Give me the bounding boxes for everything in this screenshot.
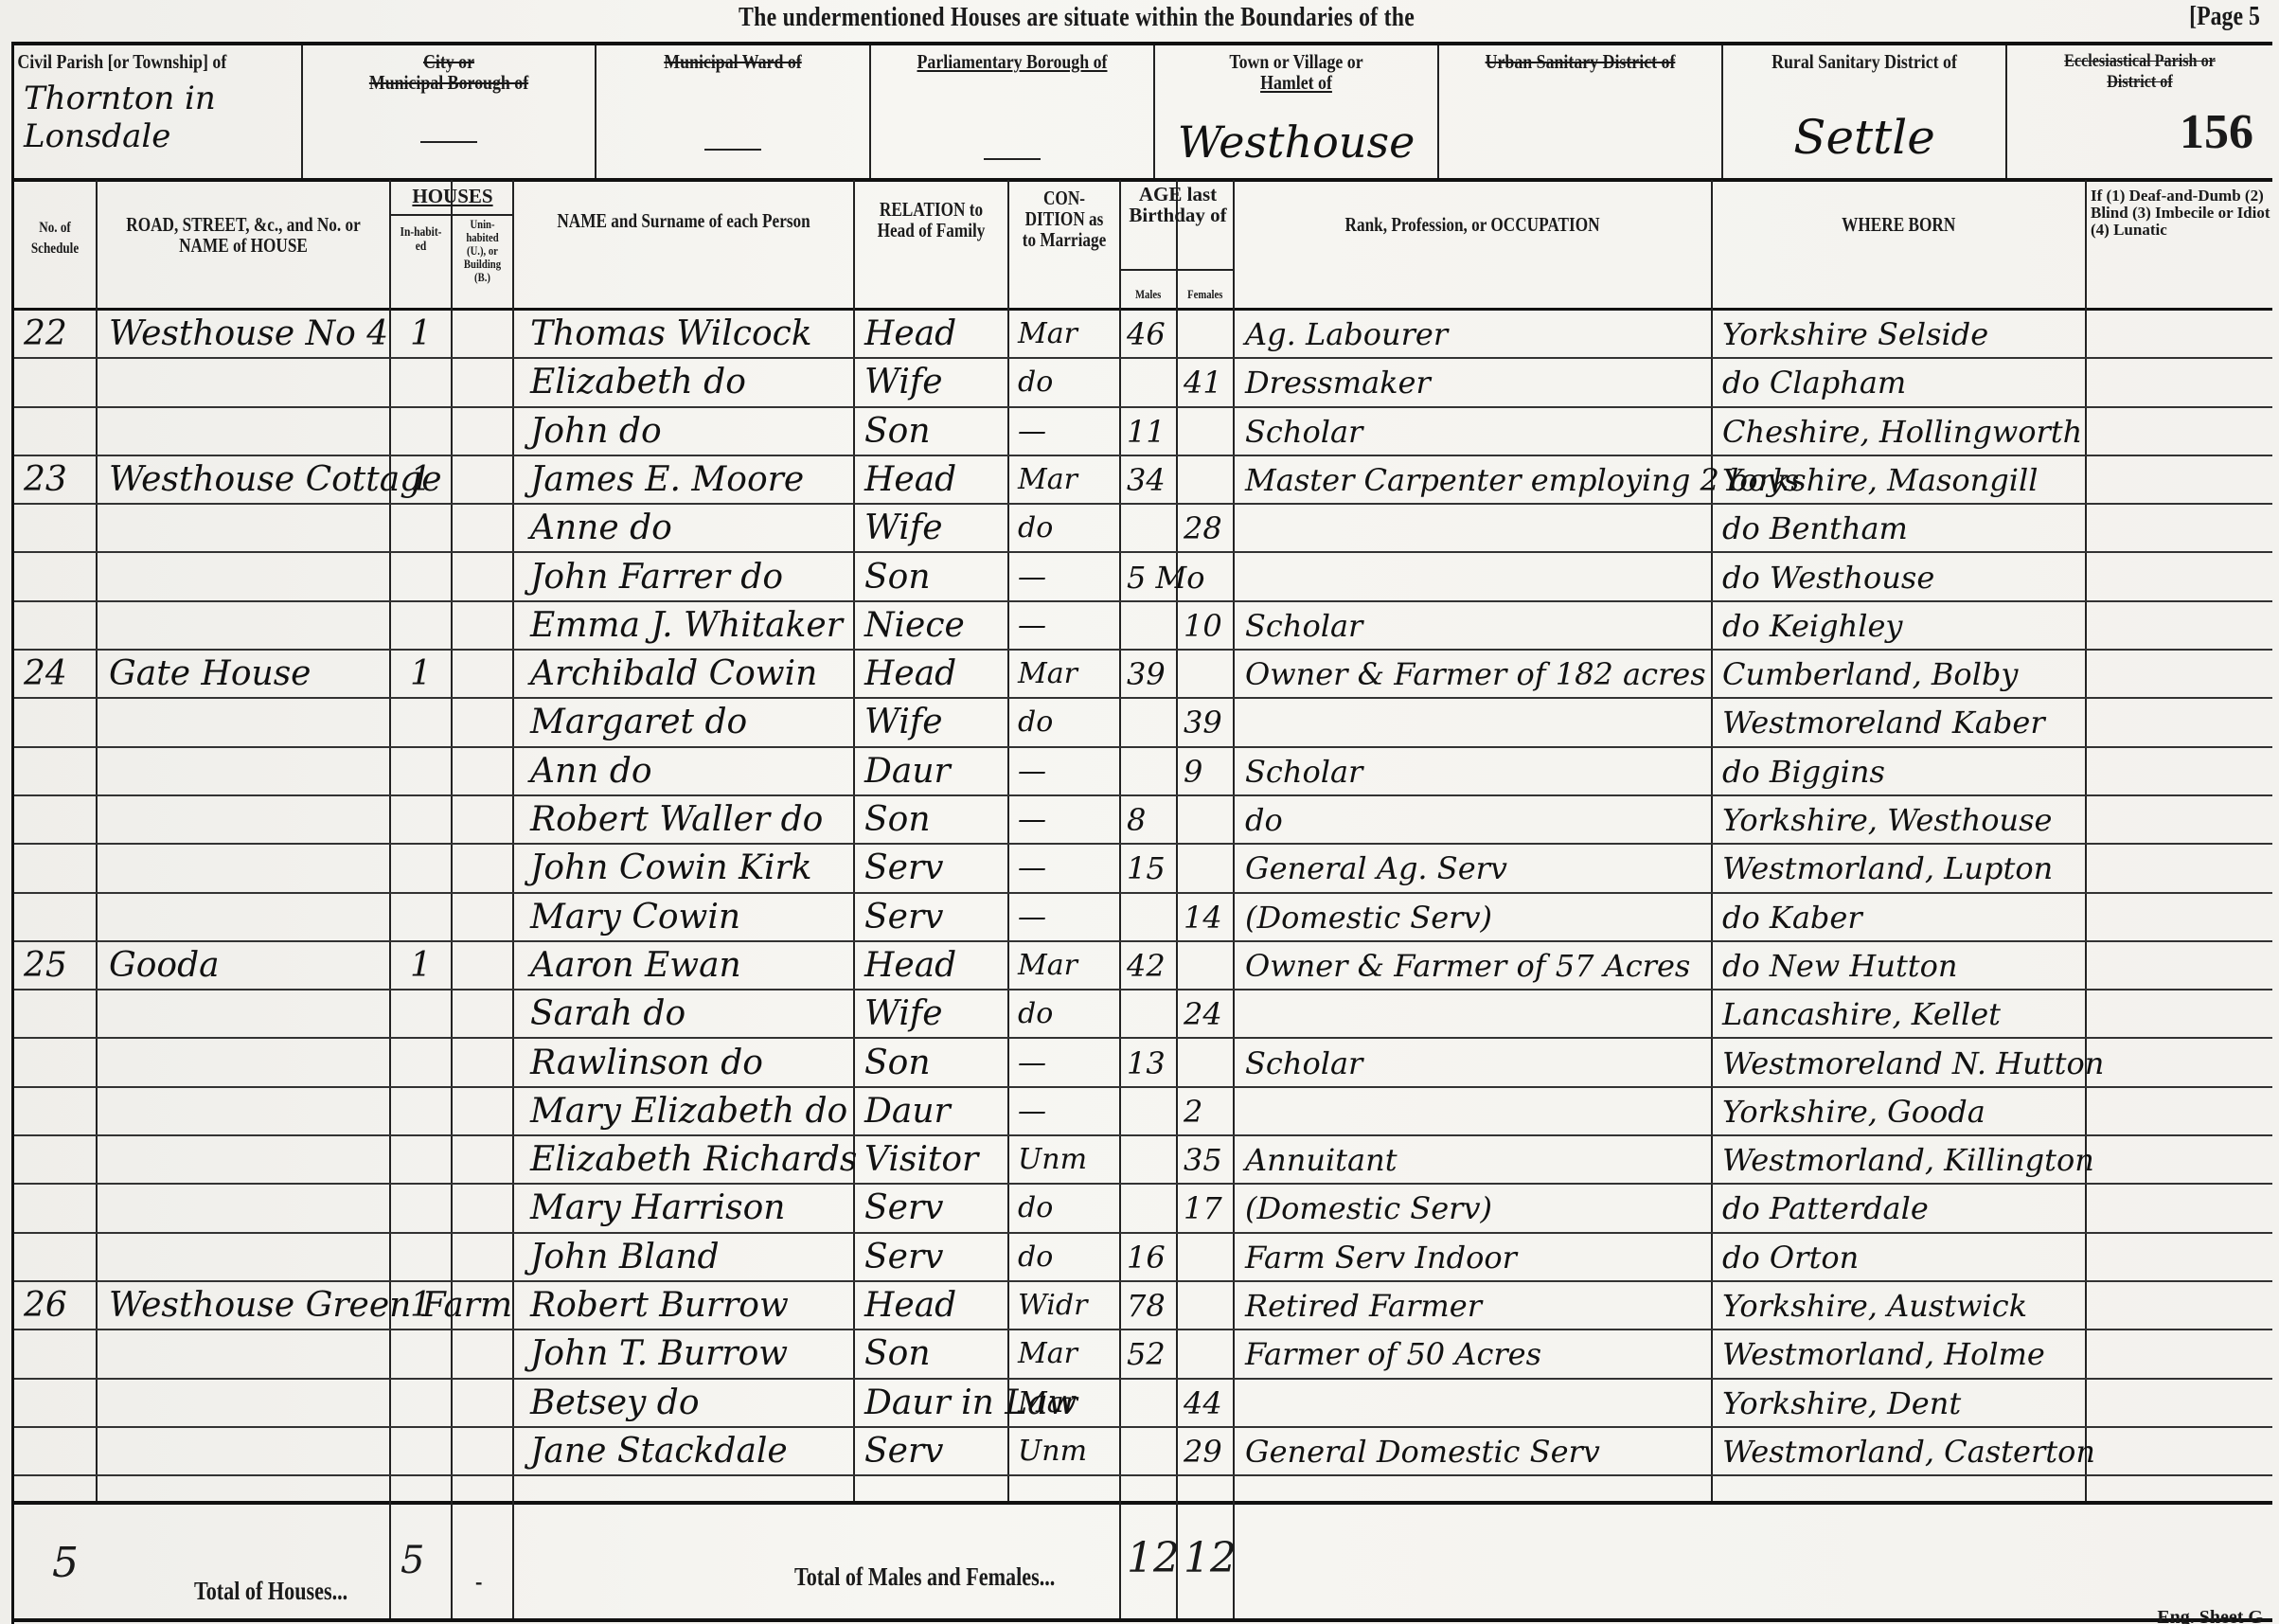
occupation: General Ag. Serv xyxy=(1245,845,1507,892)
schedule-number: 23 xyxy=(24,456,67,504)
table-row: Emma J. WhitakerNiece—10Scholardo Keighl… xyxy=(14,602,2272,651)
marital-condition: Mar xyxy=(1018,456,1077,504)
birthplace: do Biggins xyxy=(1722,748,1885,795)
occupation: (Domestic Serv) xyxy=(1245,1185,1492,1232)
birthplace: Yorkshire, Dent xyxy=(1722,1380,1961,1427)
relation: Niece xyxy=(864,602,965,650)
inhabited-count: 1 xyxy=(410,1282,432,1330)
urban-sanitary-label: Urban Sanitary District of xyxy=(1460,45,1700,72)
relation: Wife xyxy=(864,505,943,552)
person-name: James E. Moore xyxy=(530,456,804,504)
address: Westhouse Cottage xyxy=(109,456,442,504)
birthplace: Yorkshire, Austwick xyxy=(1722,1282,2027,1330)
person-name: John Cowin Kirk xyxy=(530,845,812,892)
census-page: The undermentioned Houses are situate wi… xyxy=(0,0,2279,1624)
birthplace: Cheshire, Hollingworth xyxy=(1722,408,2082,455)
age-male: 15 xyxy=(1127,845,1166,892)
person-name: Sarah do xyxy=(530,990,685,1038)
person-name: Mary Cowin xyxy=(530,894,740,941)
person-name: Jane Stackdale xyxy=(530,1428,788,1475)
occupation: do xyxy=(1245,796,1283,844)
hamlet-label: Hamlet of xyxy=(1176,72,1415,93)
occupation: Scholar xyxy=(1245,1040,1362,1087)
age-female: 41 xyxy=(1184,359,1222,406)
person-name: Robert Waller do xyxy=(530,796,823,844)
occupation: (Domestic Serv) xyxy=(1245,894,1492,941)
table-row: Elizabeth doWifedo41Dressmakerdo Clapham xyxy=(14,359,2272,407)
schedule-number: 26 xyxy=(24,1282,67,1330)
header-age-group: AGE last Birthday of xyxy=(1121,180,1235,271)
totals-footer: 5 Total of Houses... 5 - Total of Males … xyxy=(11,1501,2272,1624)
table-row: Robert Waller doSon—8doYorkshire, Westho… xyxy=(14,796,2272,845)
relation: Serv xyxy=(864,1428,944,1475)
header-uninhabited: Unin-habited (U.), or Building (B.) xyxy=(458,218,507,284)
person-name: Aaron Ewan xyxy=(530,942,741,990)
rural-sanitary-label: Rural Sanitary District of xyxy=(1744,45,1984,72)
marital-condition: Mar xyxy=(1018,651,1077,698)
table-row: 24Gate House1Archibald CowinHeadMar39Own… xyxy=(14,651,2272,699)
municipal-ward-label: Municipal Ward of xyxy=(617,45,849,72)
header-relation: RELATION to Head of Family xyxy=(868,199,993,241)
birthplace: Westmoreland Kaber xyxy=(1722,699,2045,746)
birthplace: Yorkshire, Masongill xyxy=(1722,456,2038,504)
table-row: Mary HarrisonServdo17(Domestic Serv)do P… xyxy=(14,1185,2272,1233)
birthplace: do Orton xyxy=(1722,1234,1859,1281)
person-name: John Farrer do xyxy=(530,554,783,601)
person-name: Betsey do xyxy=(530,1380,700,1427)
table-row: John Cowin KirkServ—15General Ag. ServWe… xyxy=(14,845,2272,893)
birthplace: do New Hutton xyxy=(1722,942,1958,990)
marital-condition: Mar xyxy=(1018,1380,1077,1427)
empty-dash xyxy=(984,158,1041,160)
marital-condition: do xyxy=(1018,1185,1053,1232)
relation: Son xyxy=(864,1040,931,1087)
relation: Serv xyxy=(864,1234,944,1281)
person-name: Archibald Cowin xyxy=(530,651,817,698)
marital-condition: — xyxy=(1018,1040,1046,1087)
total-persons-label: Total of Males and Females... xyxy=(794,1562,1055,1592)
marital-condition: do xyxy=(1018,359,1053,406)
age-female: 35 xyxy=(1184,1136,1222,1184)
birthplace: do Keighley xyxy=(1722,602,1902,650)
birthplace: do Westhouse xyxy=(1722,554,1934,601)
person-name: Thomas Wilcock xyxy=(530,311,812,358)
occupation: Annuitant xyxy=(1245,1136,1398,1184)
civil-parish-label: Civil Parish [or Township] of xyxy=(14,45,258,72)
marital-condition: Widr xyxy=(1018,1282,1087,1330)
marital-condition: — xyxy=(1018,894,1046,941)
relation: Head xyxy=(864,311,956,358)
occupation: General Domestic Serv xyxy=(1245,1428,1600,1475)
person-name: John T. Burrow xyxy=(530,1330,788,1378)
age-male: 13 xyxy=(1127,1040,1166,1087)
table-row: 25Gooda1Aaron EwanHeadMar42Owner & Farme… xyxy=(14,942,2272,990)
birthplace: Westmoreland N. Hutton xyxy=(1722,1040,2104,1087)
occupation: Owner & Farmer of 57 Acres xyxy=(1245,942,1690,990)
table-row: Mary CowinServ—14(Domestic Serv)do Kaber xyxy=(14,894,2272,942)
ecclesiastical-parish-field: Ecclesiastical Parish or District of 156 xyxy=(2007,45,2272,178)
header-infirmity: If (1) Deaf-and-Dumb (2) Blind (3) Imbec… xyxy=(2091,187,2272,239)
relation: Head xyxy=(864,942,956,990)
age-male: 16 xyxy=(1127,1234,1166,1281)
header-males: Males xyxy=(1135,284,1161,305)
relation: Son xyxy=(864,796,931,844)
address: Gate House xyxy=(109,651,311,698)
person-name: Elizabeth do xyxy=(530,359,746,406)
person-name: John Bland xyxy=(530,1234,720,1281)
relation: Daur xyxy=(864,748,951,795)
table-row: Anne doWifedo28do Bentham xyxy=(14,505,2272,553)
marital-condition: do xyxy=(1018,505,1053,552)
age-female: 2 xyxy=(1184,1088,1202,1135)
schedule-number: 24 xyxy=(24,651,67,698)
age-male: 11 xyxy=(1127,408,1166,455)
table-row: John BlandServdo16Farm Serv Indoordo Ort… xyxy=(14,1234,2272,1282)
age-female: 10 xyxy=(1184,602,1222,650)
marital-condition: — xyxy=(1018,602,1046,650)
person-name: Mary Elizabeth do xyxy=(530,1088,847,1135)
age-male: 42 xyxy=(1127,942,1166,990)
table-row: Elizabeth RichardsVisitorUnm35AnnuitantW… xyxy=(14,1136,2272,1185)
table-row: Betsey doDaur in LawMar44Yorkshire, Dent xyxy=(14,1380,2272,1428)
parliamentary-borough-label: Parliamentary Borough of xyxy=(917,50,1108,73)
municipal-borough-label: Municipal Borough of xyxy=(325,72,573,93)
relation: Visitor xyxy=(864,1136,978,1184)
marital-condition: — xyxy=(1018,748,1046,795)
relation: Wife xyxy=(864,990,943,1038)
birthplace: do Clapham xyxy=(1722,359,1906,406)
relation: Wife xyxy=(864,359,943,406)
relation: Head xyxy=(864,651,956,698)
sheet-label: Eng. Sheet G xyxy=(2157,1607,2263,1624)
age-female: 39 xyxy=(1184,699,1222,746)
address: Westhouse Green Farm xyxy=(109,1282,512,1330)
occupation: Master Carpenter employing 2 boys xyxy=(1245,456,1799,504)
marital-condition: — xyxy=(1018,408,1046,455)
relation: Serv xyxy=(864,845,944,892)
rural-sanitary-field: Rural Sanitary District of Settle xyxy=(1723,45,2007,178)
address: Gooda xyxy=(109,942,220,990)
header-houses-group: HOUSES xyxy=(391,180,514,216)
birthplace: Yorkshire, Westhouse xyxy=(1722,796,2052,844)
age-male: 5 Mo xyxy=(1127,554,1205,601)
age-female: 14 xyxy=(1184,894,1222,941)
occupation: Farmer of 50 Acres xyxy=(1245,1330,1541,1378)
birthplace: do Bentham xyxy=(1722,505,1908,552)
table-row: John T. BurrowSonMar52Farmer of 50 Acres… xyxy=(14,1330,2272,1379)
total-females: 12 xyxy=(1184,1534,1237,1582)
relation: Wife xyxy=(864,699,943,746)
page-number: [Page 5 xyxy=(2189,2,2260,32)
birthplace: Yorkshire Selside xyxy=(1722,311,1988,358)
relation: Head xyxy=(864,456,956,504)
table-row: 22Westhouse No 41Thomas WilcockHeadMar46… xyxy=(14,311,2272,359)
table-row: John doSon—11ScholarCheshire, Hollingwor… xyxy=(14,408,2272,456)
age-female: 28 xyxy=(1184,505,1222,552)
ecclesiastical-label: Ecclesiastical Parish or xyxy=(2027,51,2252,72)
marital-condition: Mar xyxy=(1018,942,1077,990)
inhabited-count: 1 xyxy=(410,651,432,698)
town-village-field: Town or Village or Hamlet of Westhouse xyxy=(1155,45,1439,178)
person-name: Rawlinson do xyxy=(530,1040,763,1087)
schedule-number: 22 xyxy=(24,311,67,358)
total-houses-label: Total of Houses... xyxy=(194,1577,347,1606)
district-label: District of xyxy=(2027,72,2252,93)
birthplace: Westmorland, Lupton xyxy=(1722,845,2053,892)
relation: Daur xyxy=(864,1088,951,1135)
civil-parish-value: Thornton in Lonsdale xyxy=(14,72,241,155)
birthplace: Westmorland, Holme xyxy=(1722,1330,2045,1378)
person-name: Elizabeth Richards xyxy=(530,1136,857,1184)
parliamentary-borough-field: Parliamentary Borough of xyxy=(871,45,1155,178)
occupation: Farm Serv Indoor xyxy=(1245,1234,1517,1281)
urban-sanitary-field: Urban Sanitary District of xyxy=(1439,45,1723,178)
table-row: Jane StackdaleServUnm29General Domestic … xyxy=(14,1428,2272,1476)
table-row: 26Westhouse Green Farm1Robert BurrowHead… xyxy=(14,1282,2272,1330)
relation: Son xyxy=(864,408,931,455)
person-name: Ann do xyxy=(530,748,652,795)
person-name: Robert Burrow xyxy=(530,1282,789,1330)
marital-condition: — xyxy=(1018,1088,1046,1135)
empty-dash xyxy=(704,149,761,151)
table-row: Margaret doWifedo39Westmoreland Kaber xyxy=(14,699,2272,747)
table-row: 23Westhouse Cottage1James E. MooreHeadMa… xyxy=(14,456,2272,505)
age-male: 39 xyxy=(1127,651,1166,698)
relation: Son xyxy=(864,554,931,601)
occupation: Owner & Farmer of 182 acres xyxy=(1245,651,1706,698)
marital-condition: — xyxy=(1018,554,1046,601)
header-females: Females xyxy=(1187,284,1222,305)
marital-condition: Unm xyxy=(1018,1428,1087,1475)
birthplace: Westmorland, Killington xyxy=(1722,1136,2094,1184)
table-row: John Farrer doSon—5 Modo Westhouse xyxy=(14,554,2272,602)
relation: Serv xyxy=(864,1185,944,1232)
header-condition: CON-DITION as to Marriage xyxy=(1019,187,1109,250)
document-title: The undermentioned Houses are situate wi… xyxy=(739,2,1415,33)
occupation: Retired Farmer xyxy=(1245,1282,1482,1330)
person-name: Mary Harrison xyxy=(530,1185,785,1232)
person-name: Emma J. Whitaker xyxy=(530,602,843,650)
header-inhabited: In-habit-ed xyxy=(397,225,446,254)
town-value: Westhouse xyxy=(1155,116,1437,168)
civil-parish-field: Civil Parish [or Township] of Thornton i… xyxy=(14,45,303,178)
marital-condition: do xyxy=(1018,1234,1053,1281)
city-label: City or xyxy=(325,51,573,72)
inhabited-count: 1 xyxy=(410,942,432,990)
houses-count-handwritten: 5 xyxy=(52,1539,79,1587)
marital-condition: Mar xyxy=(1018,1330,1077,1378)
relation: Head xyxy=(864,1282,956,1330)
birthplace: do Patterdale xyxy=(1722,1185,1929,1232)
table-row: Ann doDaur—9Scholardo Biggins xyxy=(14,748,2272,796)
table-row: Sarah doWifedo24Lancashire, Kellet xyxy=(14,990,2272,1039)
schedule-number: 25 xyxy=(24,942,67,990)
header-where-born: WHERE BORN xyxy=(1842,214,1955,235)
person-name: Margaret do xyxy=(530,699,747,746)
municipal-borough-field: City or Municipal Borough of xyxy=(303,45,596,178)
age-male: 78 xyxy=(1127,1282,1166,1330)
birthplace: Westmorland, Casterton xyxy=(1722,1428,2095,1475)
table-row: Rawlinson doSon—13ScholarWestmoreland N.… xyxy=(14,1040,2272,1088)
header-address: ROAD, STREET, &c., and No. or NAME of HO… xyxy=(124,214,364,256)
municipal-ward-field: Municipal Ward of xyxy=(596,45,871,178)
header-name: NAME and Surname of each Person xyxy=(557,210,810,231)
birthplace: Lancashire, Kellet xyxy=(1722,990,2001,1038)
inhabited-count: 1 xyxy=(410,456,432,504)
age-female: 29 xyxy=(1184,1428,1222,1475)
table-row: Mary Elizabeth doDaur—2Yorkshire, Gooda xyxy=(14,1088,2272,1136)
person-name: Anne do xyxy=(530,505,672,552)
age-female: 24 xyxy=(1184,990,1222,1038)
birthplace: do Kaber xyxy=(1722,894,1862,941)
marital-condition: do xyxy=(1018,699,1053,746)
age-female: 44 xyxy=(1184,1380,1222,1427)
age-female: 17 xyxy=(1184,1185,1222,1232)
birthplace: Cumberland, Bolby xyxy=(1722,651,2018,698)
age-male: 8 xyxy=(1127,796,1146,844)
inhabited-count: 1 xyxy=(410,311,432,358)
marital-condition: do xyxy=(1018,990,1053,1038)
rural-sanitary-value: Settle xyxy=(1723,110,2005,165)
occupation: Scholar xyxy=(1245,408,1362,455)
total-males: 12 xyxy=(1127,1534,1180,1582)
age-male: 34 xyxy=(1127,456,1166,504)
enumeration-district-number: 156 xyxy=(2180,104,2253,160)
empty-dash xyxy=(420,141,477,143)
relation: Son xyxy=(864,1330,931,1378)
occupation: Scholar xyxy=(1245,602,1362,650)
marital-condition: — xyxy=(1018,796,1046,844)
occupation: Dressmaker xyxy=(1245,359,1431,406)
total-houses-inhabited: 5 xyxy=(401,1539,424,1582)
marital-condition: Unm xyxy=(1018,1136,1087,1184)
marital-condition: — xyxy=(1018,845,1046,892)
boundary-header: Civil Parish [or Township] of Thornton i… xyxy=(11,42,2272,182)
header-schedule: No. of Schedule xyxy=(22,218,89,259)
occupation: Ag. Labourer xyxy=(1245,311,1448,358)
birthplace: Yorkshire, Gooda xyxy=(1722,1088,1985,1135)
relation: Serv xyxy=(864,894,944,941)
header-occupation: Rank, Profession, or OCCUPATION xyxy=(1345,214,1600,235)
town-label: Town or Village or xyxy=(1176,51,1415,72)
marital-condition: Mar xyxy=(1018,311,1077,358)
occupation: Scholar xyxy=(1245,748,1362,795)
footer-bottom-rule xyxy=(14,1618,2272,1622)
address: Westhouse No 4 xyxy=(109,311,388,358)
census-table: No. of Schedule ROAD, STREET, &c., and N… xyxy=(11,180,2272,1505)
total-houses-uninhabited: - xyxy=(475,1567,482,1597)
age-male: 46 xyxy=(1127,311,1166,358)
person-name: John do xyxy=(530,408,662,455)
age-male: 52 xyxy=(1127,1330,1166,1378)
age-female: 9 xyxy=(1184,748,1202,795)
